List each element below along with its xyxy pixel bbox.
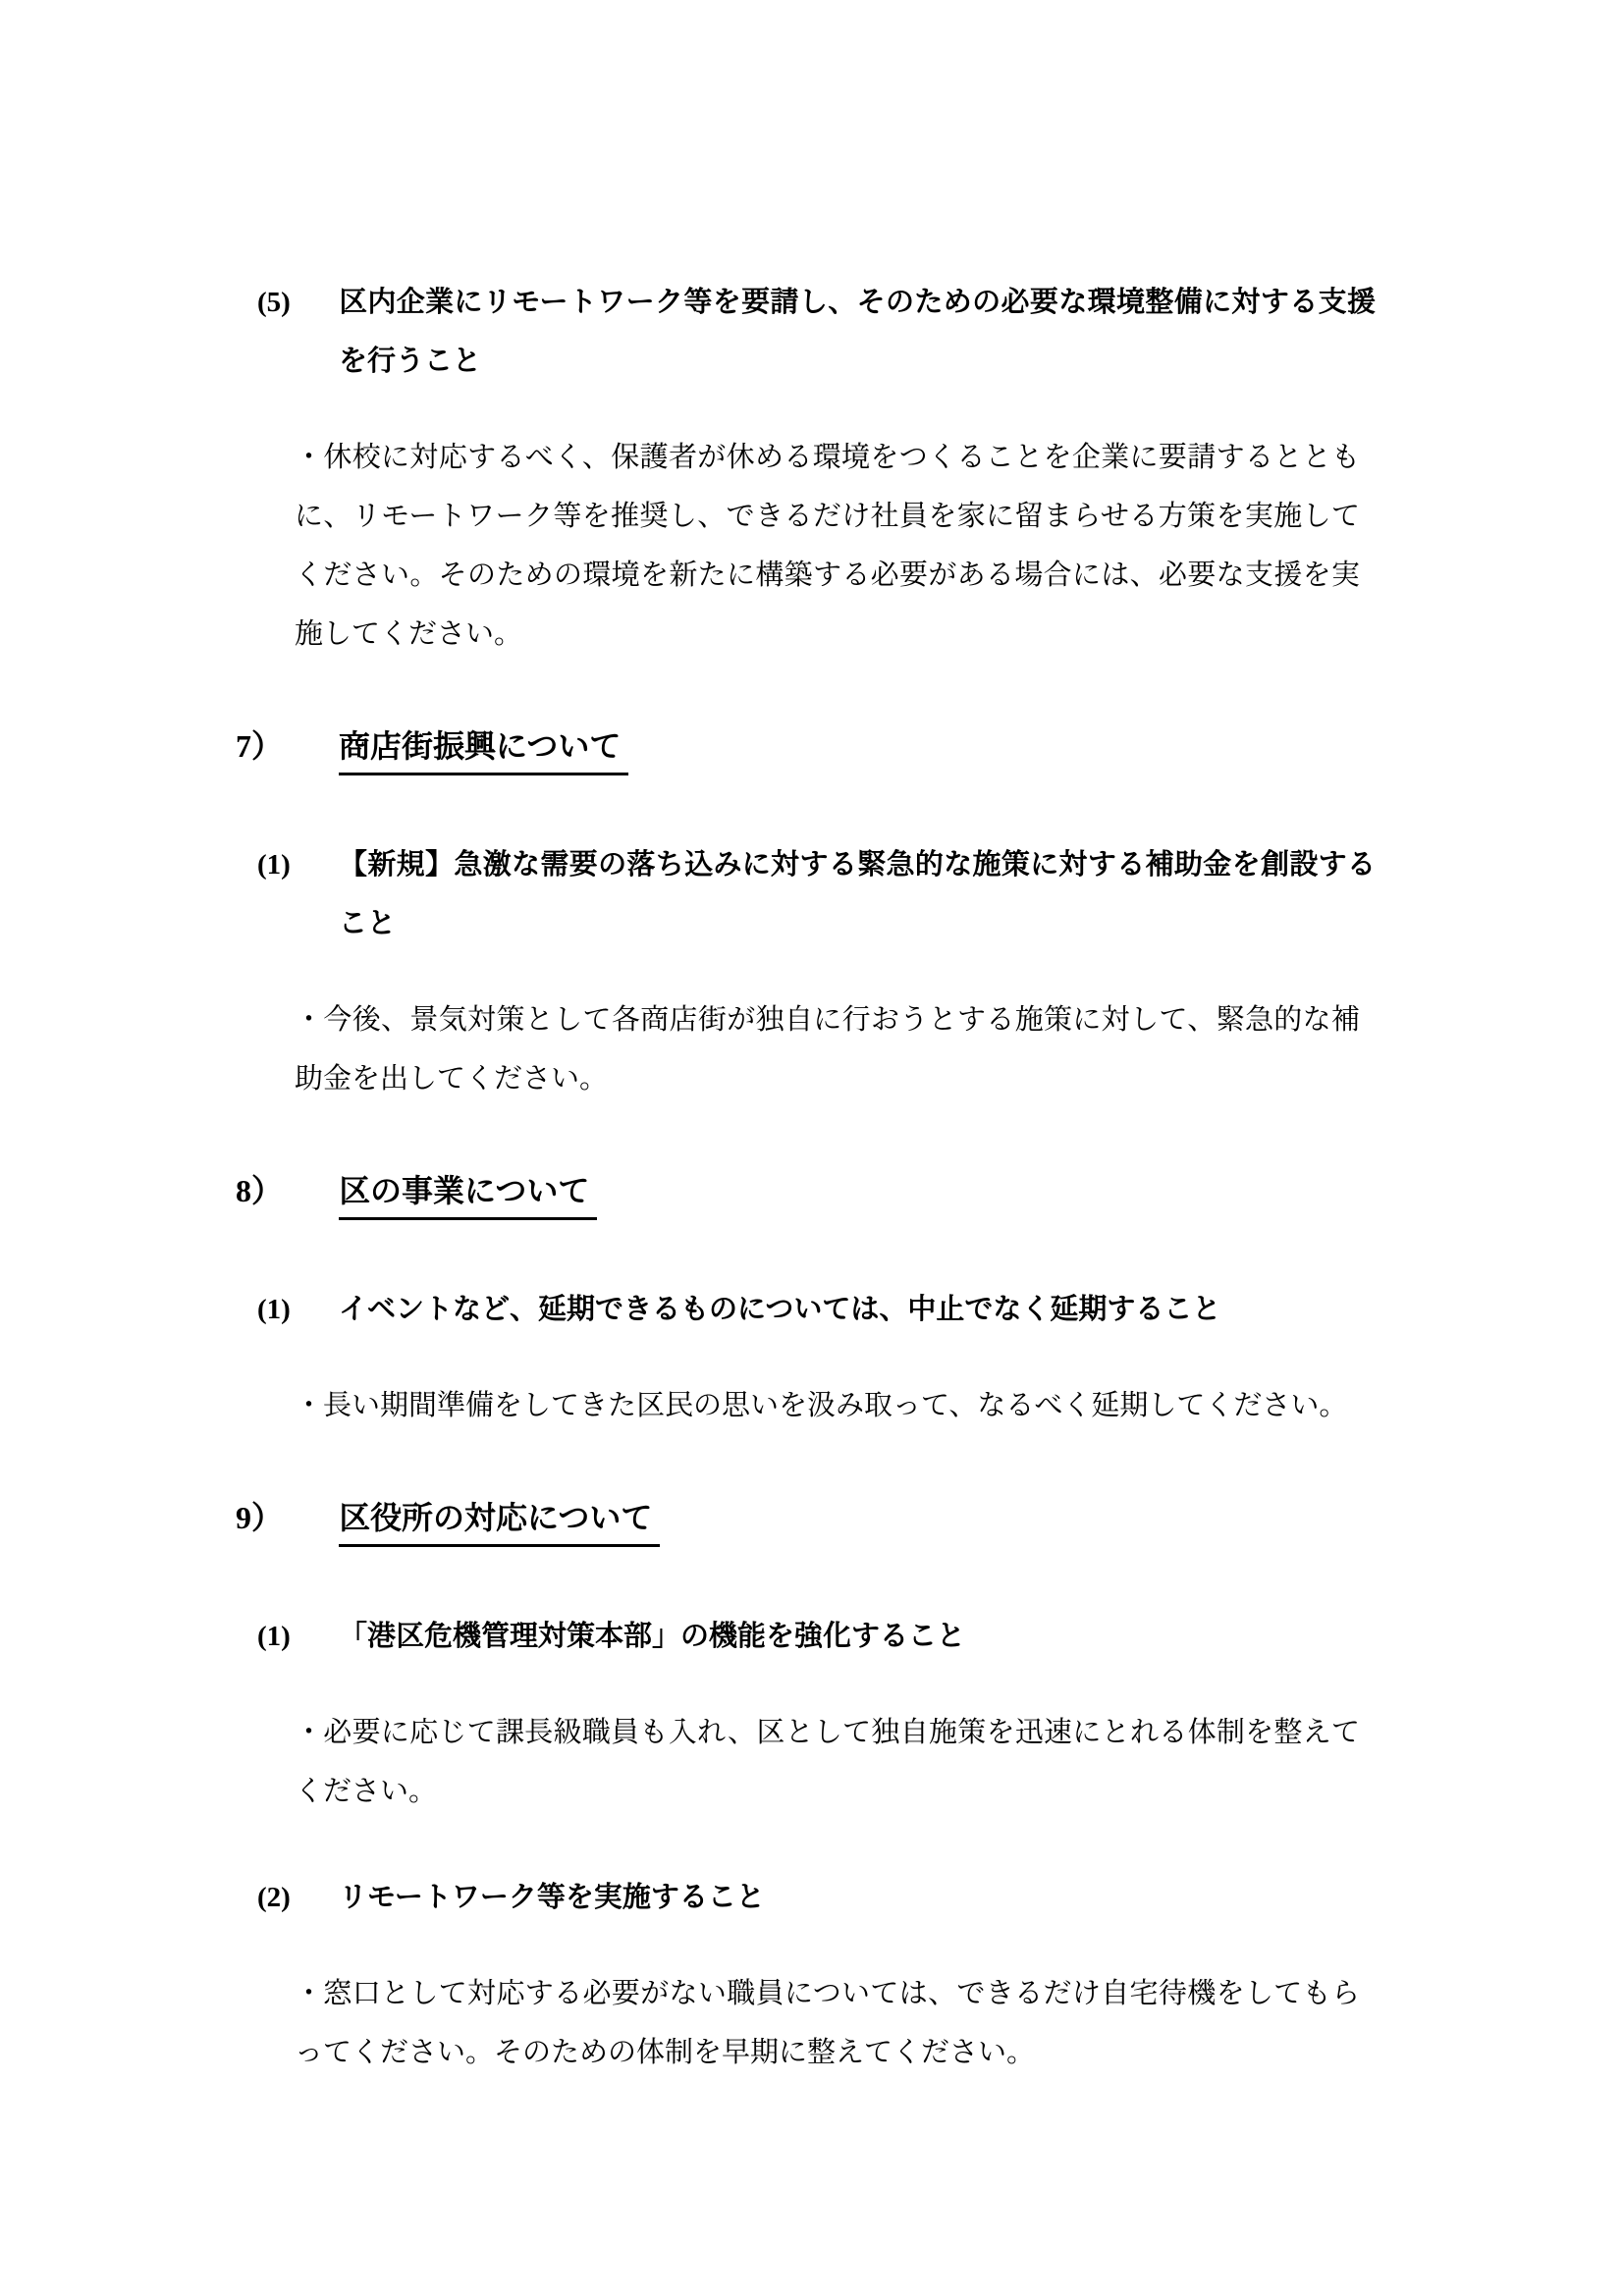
section-title: 区役所の対応について <box>339 1500 660 1547</box>
section-number: 7） <box>236 722 339 770</box>
body-paragraph: ・休校に対応するべく、保護者が休める環境をつくることを企業に要請するとともに、リ… <box>0 428 1360 664</box>
item-heading-text: イベントなど、延期できるものについては、中止でなく延期すること <box>339 1280 1376 1339</box>
section-title: 商店街振興について <box>339 728 628 775</box>
section-heading-8: 8）区の事業について <box>0 1167 1623 1226</box>
body-paragraph: ・必要に応じて課長級職員も入れ、区として独自施策を迅速にとれる体制を整えてくださ… <box>0 1703 1360 1821</box>
item-heading-text: 【新規】急激な需要の落ち込みに対する緊急的な施策に対する補助金を創設すること <box>339 835 1376 953</box>
section-number: 8） <box>236 1167 339 1214</box>
item-heading-9-2: (2) リモートワーク等を実施すること <box>0 1868 1623 1927</box>
item-number: (2) <box>257 1868 339 1927</box>
item-number: (1) <box>257 835 339 953</box>
item-number: (5) <box>257 273 339 391</box>
body-paragraph: ・窓口として対応する必要がない職員については、できるだけ自宅待機をしてもらってく… <box>0 1964 1360 2082</box>
item-heading-text: リモートワーク等を実施すること <box>339 1868 1376 1927</box>
section-heading-7: 7）商店街振興について <box>0 722 1623 781</box>
item-number: (1) <box>257 1607 339 1666</box>
item-heading-9-1: (1) 「港区危機管理対策本部」の機能を強化すること <box>0 1607 1623 1666</box>
item-heading-7-1: (1) 【新規】急激な需要の落ち込みに対する緊急的な施策に対する補助金を創設する… <box>0 835 1623 953</box>
item-number: (1) <box>257 1280 339 1339</box>
section-heading-9: 9）区役所の対応について <box>0 1494 1623 1553</box>
item-heading-5: (5) 区内企業にリモートワーク等を要請し、そのための必要な環境整備に対する支援… <box>0 273 1623 391</box>
document-page: (5) 区内企業にリモートワーク等を要請し、そのための必要な環境整備に対する支援… <box>0 0 1623 2296</box>
section-title: 区の事業について <box>339 1173 597 1220</box>
section-number: 9） <box>236 1494 339 1541</box>
body-paragraph: ・長い期間準備をしてきた区民の思いを汲み取って、なるべく延期してください。 <box>0 1376 1360 1435</box>
item-heading-text: 「港区危機管理対策本部」の機能を強化すること <box>339 1607 1376 1666</box>
body-paragraph: ・今後、景気対策として各商店街が独自に行おうとする施策に対して、緊急的な補助金を… <box>0 990 1360 1108</box>
item-heading-text: 区内企業にリモートワーク等を要請し、そのための必要な環境整備に対する支援を行うこ… <box>339 273 1376 391</box>
item-heading-8-1: (1) イベントなど、延期できるものについては、中止でなく延期すること <box>0 1280 1623 1339</box>
